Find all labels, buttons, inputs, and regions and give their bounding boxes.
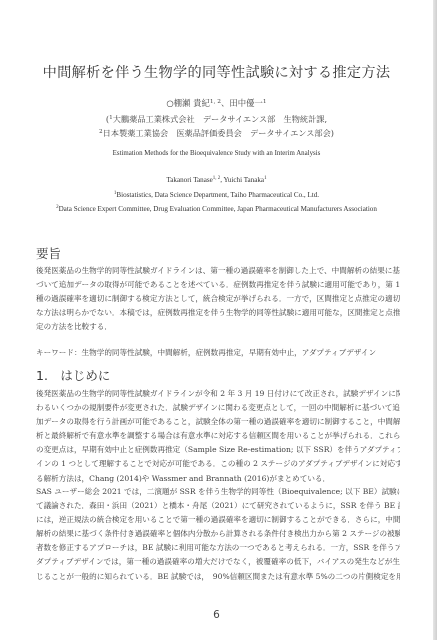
affiliation-japanese-2: 2日本製薬工業協会 医薬品評価委員会 データサイエンス部会) [0,128,433,139]
abstract-heading: 要旨 [36,244,61,262]
paper-title-japanese: 中間解析を伴う生物学的同等性試験に対する推定方法 [0,62,433,82]
text-line: の変更点は，早期有効中止と症例数再推定（Sample Size Re-estim… [36,443,400,457]
introduction-paragraph-1: 後発医薬品の生物学的同等性試験ガイドラインが令和 2 年 3 月 19 日付けに… [36,387,400,486]
text-line: 析と最終解析で有意水準を調整する場合は有意水準に対応する信頼区間を用いることが挙… [36,429,400,443]
text-line: ダプティブデザインでは，第一種の過誤確率の増大だけでなく，被覆確率の低下，バイア… [36,555,400,569]
page-number: 6 [0,609,433,621]
affiliation-japanese-1: (1大鵬薬品工業株式会社 データサイエンス部 生物統計課, [0,114,433,125]
text-line: て議論された．森田・浜田（2021）と橋本・舟尾（2021）にて研究されているよ… [36,499,400,513]
text-line: インの 1 つとして理解することで対応が可能である．この種の 2 ステージのアダ… [36,457,400,471]
text-line: な方法は明らかでない．本稿では，症例数再推定を伴う生物学的同等性試験に適用可能な… [36,306,400,320]
text-line: 加データの取得を行う計画が可能であること，試験全体の第一種の過誤確率を適切に制御… [36,415,400,429]
keywords: キーワード：生物学的同等性試験，中間解析，症例数再推定，早期有効中止，アダプティ… [36,347,376,358]
text-line: 後発医薬品の生物学的同等性試験ガイドラインが令和 2 年 3 月 19 日付けに… [36,387,400,401]
author-name: ○棚瀬 貴紀 [166,98,209,108]
text-line: 解析の結果に基づく条件付き過誤確率と個体内分散から計算される条件付き検出力から第… [36,527,400,541]
scan-border [433,0,437,640]
text-line: には，逆正規法の統合検定を用いることで第一種の過誤確率を適切に制御することができ… [36,513,400,527]
affiliation-text: Data Science Expert Committee, Drug Eval… [59,205,377,213]
authors-english: Takanori Tanase1, 2, Yuichi Tanaka1 [0,176,433,184]
affiliation-marker: 1 [263,99,267,105]
affiliation-text: 大鵬薬品工業株式会社 データサイエンス部 生物統計課, [113,114,327,124]
affiliation-text: 日本製薬工業協会 医薬品評価委員会 データサイエンス部会) [103,128,334,138]
introduction-heading: 1. はじめに [36,366,110,384]
abstract-paragraph: 後発医薬品の生物学的同等性試験ガイドラインは、第一種の過誤確率を制御した上で、中… [36,264,400,334]
author-name: 田中優一 [229,98,263,108]
affiliation-text: Biostatistics, Data Science Department, … [116,191,319,199]
author-name: Yuichi Tanaka [224,176,265,184]
text-line: 定の方法を比較する． [36,320,400,334]
text-line: わるいくつかの規制要件が変更された．試験デザインに関わる変更点として，一回の中間… [36,401,400,415]
text-line: 種の過誤確率を適切に制御する検定方法として，統合検定が挙げられる．一方で，区間推… [36,292,400,306]
text-line: 後発医薬品の生物学的同等性試験ガイドラインは、第一種の過誤確率を制御した上で、中… [36,264,400,278]
text-line: じることが一般的に知られている．BE 試験では， 90%信頼区間または有意水準 … [36,570,400,584]
authors-japanese: ○棚瀬 貴紀1, 2、田中優一1 [0,97,433,109]
affiliation-marker: 1, 2 [210,99,221,105]
affiliation-marker: 1 [264,176,266,181]
text-line: SAS ユーザー総会 2021 では，二演題が SSR を伴う生物学的同等性（B… [36,485,400,499]
affiliation-english-1: 1Biostatistics, Data Science Department,… [0,191,433,199]
affiliation-english-2: 2Data Science Expert Committee, Drug Eva… [0,205,433,213]
text-line: 者数を修正するアプローチは，BE 試験に利用可能な方法の一つであると考えられる．… [36,541,400,555]
text-line: る解析方法は，Chang (2014)や Wassmer and Brannat… [36,472,400,486]
document-page: 中間解析を伴う生物学的同等性試験に対する推定方法 ○棚瀬 貴紀1, 2、田中優一… [0,0,433,640]
text-line: づいて追加データの取得が可能であることを述べている．症例数再推定を伴う試験に適用… [36,278,400,292]
author-name: Takanori Tanase [166,176,212,184]
paper-title-english: Estimation Methods for the Bioequivalenc… [0,150,433,157]
introduction-paragraph-2: SAS ユーザー総会 2021 では，二演題が SSR を伴う生物学的同等性（B… [36,485,400,584]
